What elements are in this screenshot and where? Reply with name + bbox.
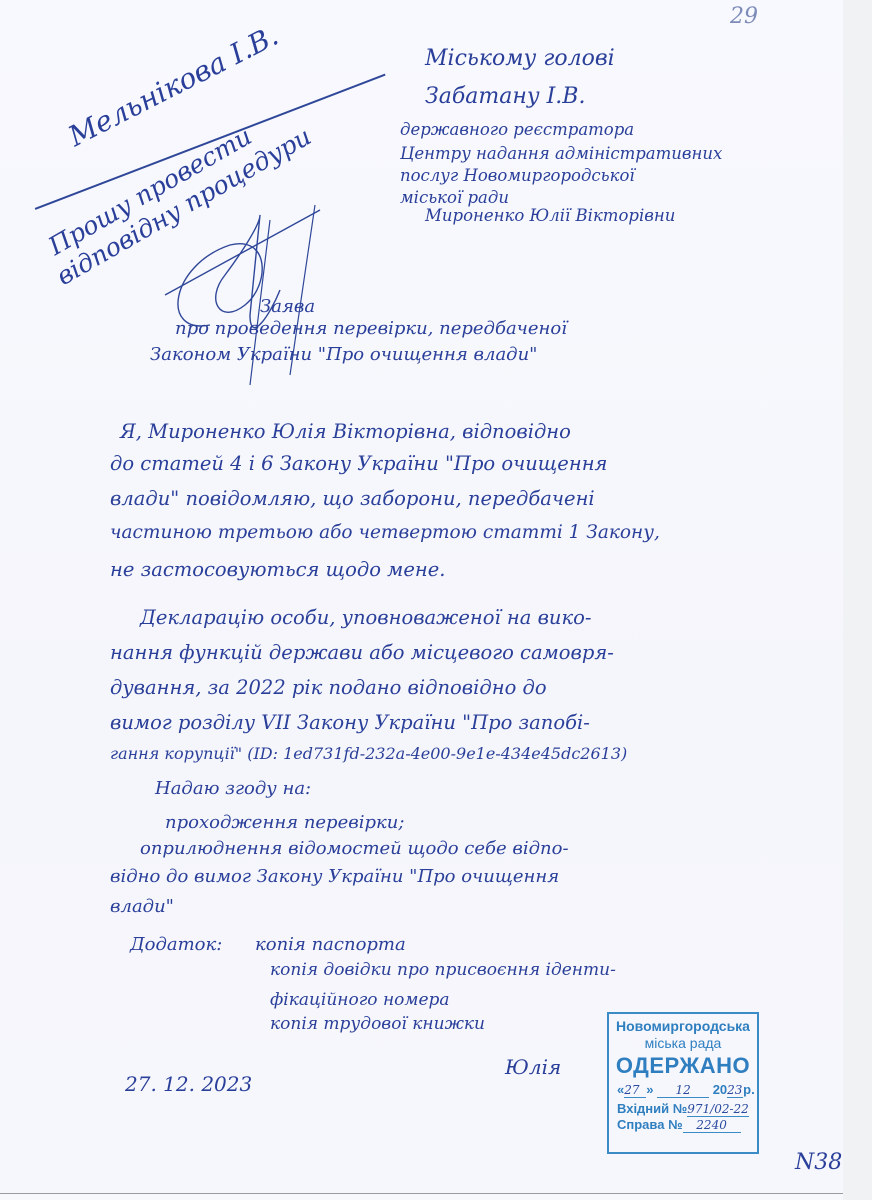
stamp-incoming-row: Вхідний №971/02-22 — [609, 1101, 757, 1117]
document-date: 27. 12. 2023 — [125, 1072, 252, 1096]
attachment-item-1: копія паспорта — [255, 934, 406, 955]
stamp-incoming-value: 971/02-22 — [687, 1102, 749, 1117]
attachment-item-3: фікаційного номера — [270, 990, 450, 1010]
stamp-case-label: Справа № — [617, 1117, 683, 1132]
stamp-year-prefix: 20 — [713, 1082, 727, 1097]
stamp-case-value: 2240 — [683, 1118, 741, 1133]
document-title-line-2: Законом України "Про очищення влади" — [150, 344, 537, 365]
sender-line-1: державного реєстратора — [400, 120, 634, 139]
attachment-item-4: копія трудової книжки — [270, 1014, 485, 1034]
document-heading: Заява — [260, 296, 315, 317]
attachment-item-2: копія довідки про присвоєння іденти- — [270, 960, 616, 980]
scan-edge — [843, 0, 872, 1200]
body-line-1: Я, Мироненко Юлія Вікторівна, відповідно — [120, 420, 571, 443]
stamp-status: ОДЕРЖАНО — [609, 1053, 757, 1079]
stamp-year-suffix: 23 — [727, 1083, 743, 1098]
body-line-6: Декларацію особи, уповноваженої на вико- — [140, 606, 591, 629]
stamp-month: 12 — [657, 1083, 709, 1098]
body-line-3: влади" повідомляю, що заборони, передбач… — [110, 487, 595, 510]
body-line-12: проходження перевірки; — [165, 812, 404, 833]
received-stamp: Новомиргородська міська рада ОДЕРЖАНО «2… — [607, 1012, 759, 1154]
addressee-line-1: Міському голові — [425, 46, 615, 71]
body-line-5: не застосовуються щодо мене. — [110, 558, 445, 581]
stamp-year-unit: р. — [743, 1082, 755, 1097]
stamp-case-row: Справа №2240 — [609, 1117, 757, 1133]
addressee-line-2: Забатану І.В. — [425, 84, 585, 109]
body-line-15: влади" — [110, 896, 174, 917]
body-line-8: дування, за 2022 рік подано відповідно д… — [110, 676, 547, 699]
body-line-7: нання функцій держави або місцевого само… — [110, 641, 614, 664]
sheet-number: N38 — [795, 1150, 842, 1175]
attachments-label: Додаток: — [130, 934, 222, 955]
body-line-13: оприлюднення відомостей щодо себе відпо- — [140, 838, 569, 859]
stamp-incoming-label: Вхідний № — [617, 1101, 687, 1116]
stamp-date-row: «27» 12 2023р. — [609, 1082, 757, 1098]
body-line-4: частиною третьою або четвертою статті 1 … — [110, 522, 660, 543]
stamp-day: 27 — [624, 1083, 646, 1098]
body-line-9: вимог розділу VII Закону України "Про за… — [110, 711, 590, 734]
stamp-org-line-1: Новомиргородська — [609, 1018, 757, 1034]
body-line-11: Надаю згоду на: — [155, 778, 311, 799]
sender-line-3: послуг Новомиргородської — [400, 166, 635, 185]
body-line-14: відно до вимог Закону України "Про очище… — [110, 866, 559, 887]
resolution-signature — [150, 195, 330, 395]
page-bottom-edge — [0, 1193, 843, 1194]
sender-line-5: Мироненко Юлії Вікторівни — [425, 206, 675, 225]
stamp-org-line-2: міська рада — [609, 1035, 757, 1051]
applicant-signature: Юлія — [505, 1055, 561, 1079]
body-line-2: до статей 4 і 6 Закону України "Про очищ… — [110, 452, 607, 475]
page-number: 29 — [730, 4, 758, 29]
sender-line-2: Центру надання адміністративних — [400, 144, 722, 163]
sender-line-4: міської ради — [400, 188, 509, 207]
body-line-10: гання корупції" (ID: 1ed731fd-232a-4e00-… — [110, 744, 627, 763]
document-title-line-1: про проведення перевірки, передбаченої — [175, 318, 567, 339]
